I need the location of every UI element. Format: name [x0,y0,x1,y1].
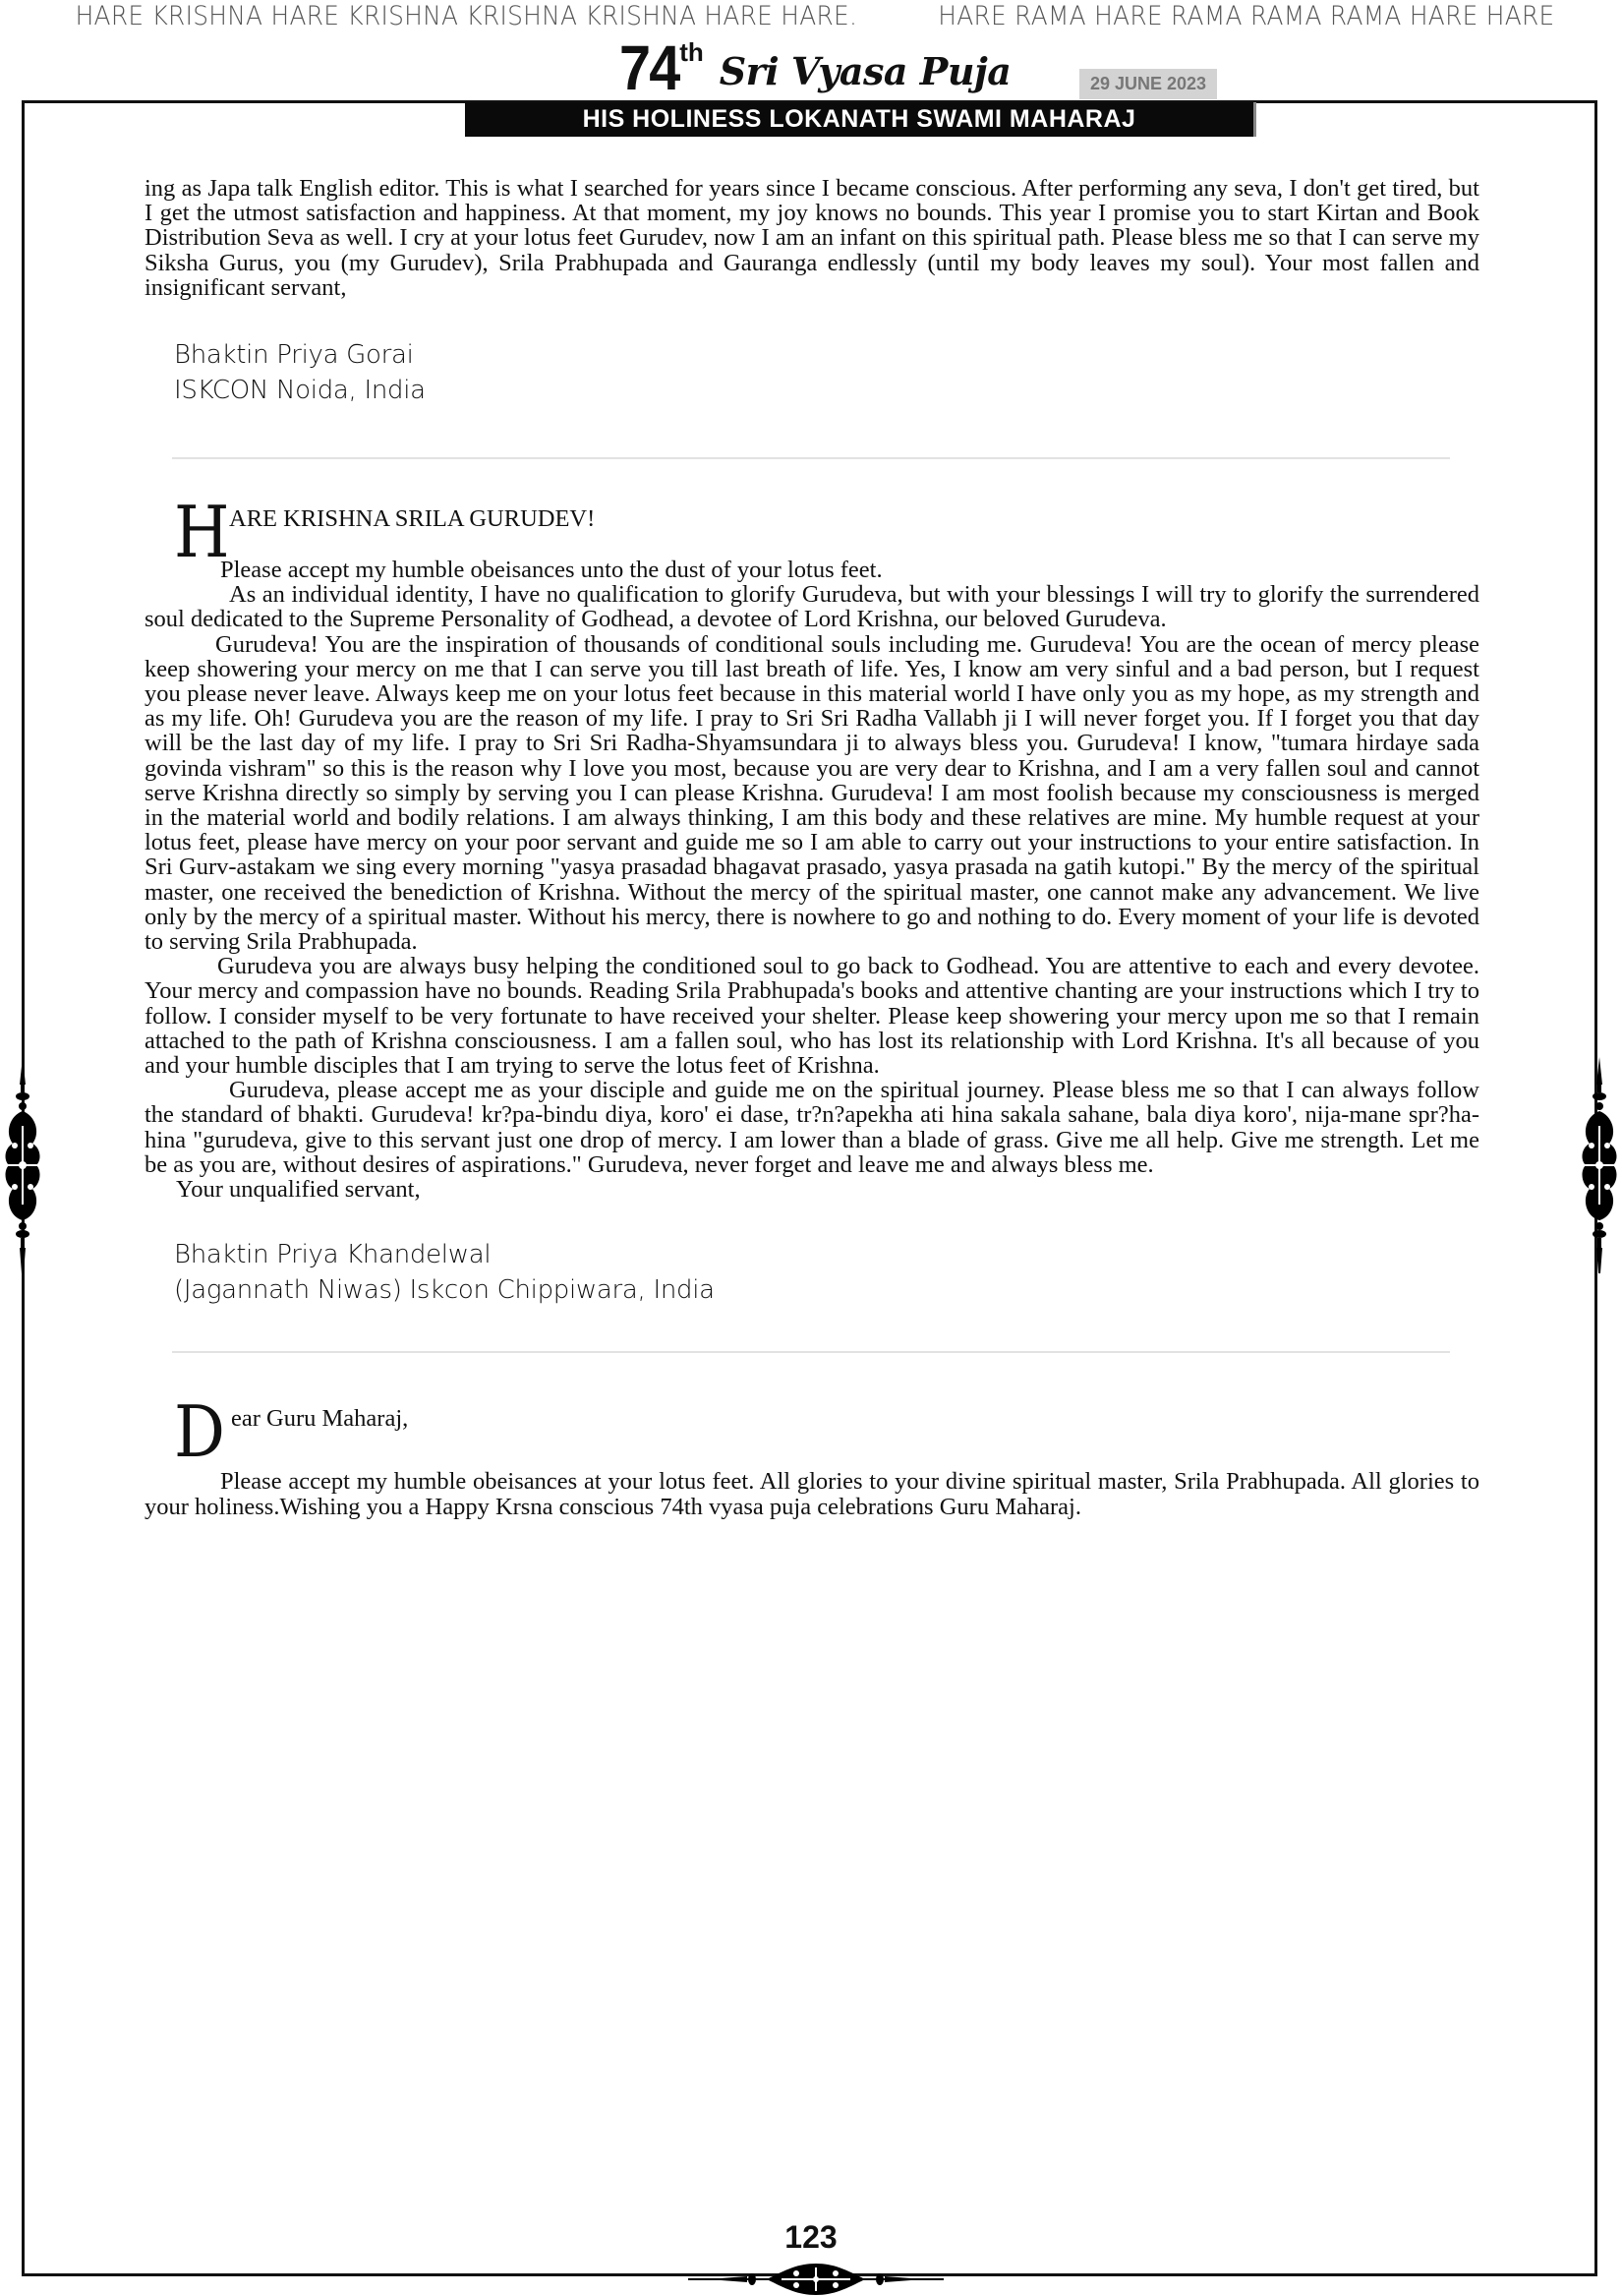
title-number: 74 [619,35,678,100]
mantra-right: HARE RAMA HARE RAMA RAMA RAMA HARE HARE [938,0,1554,33]
opening-text: ARE KRISHNA SRILA GURUDEV! [229,506,595,531]
letter-opening: D ear Guru Maharaj, [145,1402,1479,1457]
letter-paragraph: As an individual identity, I have no qua… [145,582,1479,631]
section-divider [172,457,1450,459]
letter-paragraph: Gurudeva! You are the inspiration of tho… [145,632,1479,955]
letter-paragraph: Please accept my humble obeisances at yo… [145,1469,1479,1518]
section-divider [172,1351,1450,1353]
publication-title: 74 th Sri Vyasa Puja 29 JUNE 2023 [0,37,1622,102]
letter-2: H ARE KRISHNA SRILA GURUDEV! Please acce… [145,502,1479,1353]
title-text: Sri Vyasa Puja [720,49,1012,93]
signature-name: Bhaktin Priya Gorai [174,337,1479,373]
bottom-flourish-icon [688,2262,944,2296]
side-ornament-icon [1578,1057,1621,1273]
drop-cap: H [174,497,230,567]
title-main: 74 th Sri Vyasa Puja [619,35,1011,100]
side-ornament-icon [1,1057,44,1273]
signature-place: (Jagannath Niwas) Iskcon Chippiwara, Ind… [174,1272,1479,1308]
letter-paragraph: Please accept my humble obeisances unto … [145,558,1479,582]
letter-opening: H ARE KRISHNA SRILA GURUDEV! [145,502,1479,558]
letter-3: D ear Guru Maharaj, Please accept my hum… [145,1402,1479,1518]
letter-closing: Your unqualified servant, [145,1177,1479,1202]
subject-banner: HIS HOLINESS LOKANATH SWAMI MAHARAJ [465,102,1253,137]
title-suffix: th [679,37,704,68]
page-number: 123 [0,2219,1622,2256]
mantra-header: HARE KRISHNA HARE KRISHNA KRISHNA KRISHN… [0,0,1622,33]
drop-cap: D [174,1396,225,1467]
signature-name: Bhaktin Priya Khandelwal [174,1237,1479,1272]
signature-place: ISKCON Noida, India [174,373,1479,408]
letter-paragraph: Gurudeva you are always busy helping the… [145,954,1479,1078]
date-badge: 29 JUNE 2023 [1079,69,1217,99]
letter-paragraph: ing as Japa talk English editor. This is… [145,176,1479,300]
opening-text: ear Guru Maharaj, [231,1406,408,1431]
letters-content: ing as Japa talk English editor. This is… [145,176,1479,1519]
letter-1: ing as Japa talk English editor. This is… [145,176,1479,459]
banner-shadow [1253,102,1256,137]
letter-paragraph: Gurudeva, please accept me as your disci… [145,1078,1479,1177]
mantra-left: HARE KRISHNA HARE KRISHNA KRISHNA KRISHN… [75,0,857,33]
